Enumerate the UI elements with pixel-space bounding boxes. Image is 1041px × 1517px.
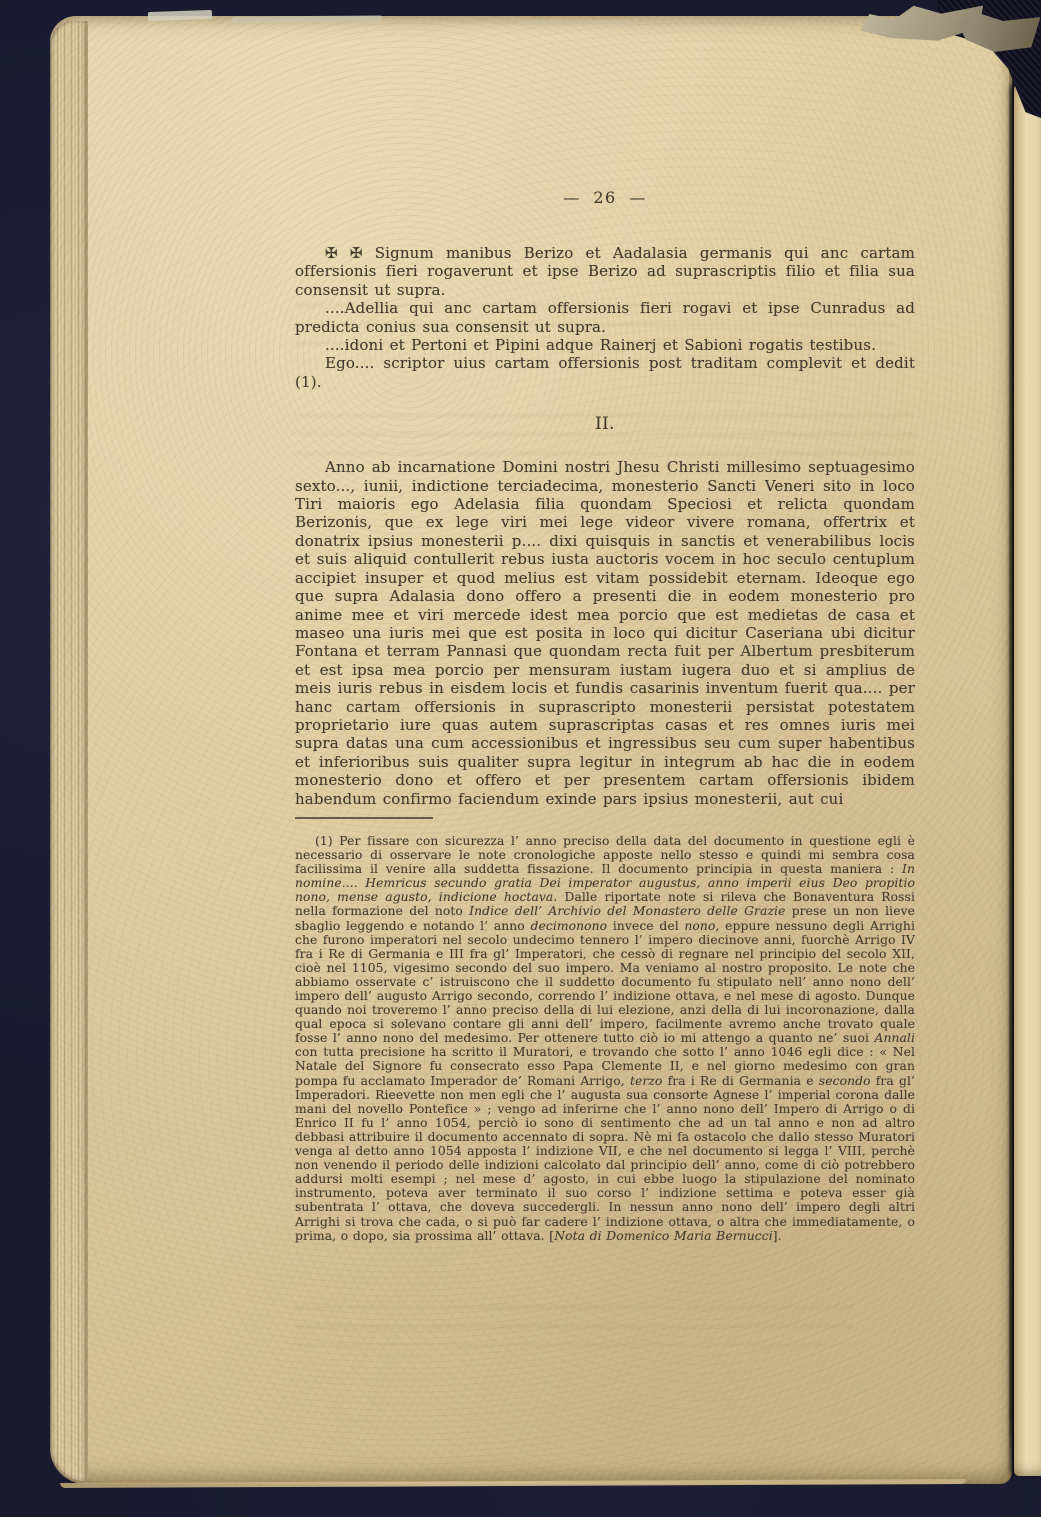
footnote-italic-segment: Nota di Domenico Maria Bernucci (554, 1229, 773, 1243)
footnote-segment: , eppure nessuno degli Arrighi che furon… (295, 919, 915, 1046)
intro-paragraphs: ✠ ✠ Signum manibus Berizo et Aadalasia g… (295, 244, 915, 391)
text-block: — 26 — ✠ ✠ Signum manibus Berizo et Aada… (295, 16, 915, 1243)
footnote: (1) Per fissare con sicurezza l’ anno pr… (295, 834, 915, 1243)
body-paragraph: Anno ab incarnatione Domini nostri Jhesu… (295, 458, 915, 808)
section-heading: II. (295, 414, 915, 433)
fore-edge-page-stack (50, 21, 88, 1481)
footnote-segment: invece del (607, 919, 684, 933)
paragraph: ....idoni et Pertoni et Pipini adque Rai… (295, 336, 915, 354)
paragraph: Ego.... scriptor uius cartam offersionis… (295, 354, 915, 391)
footnote-segment: fra gl’ Imperadori. Rieevette non men eg… (295, 1074, 915, 1243)
page-number: — 26 — (295, 188, 915, 207)
scanned-book-photo: — 26 — ✠ ✠ Signum manibus Berizo et Aada… (0, 0, 1041, 1517)
footnote-italic-segment: decimonono (530, 919, 607, 933)
footnote-italic-segment: terzo (630, 1074, 662, 1088)
footnote-separator-rule (295, 817, 433, 819)
footnote-italic-segment: nono (684, 919, 715, 933)
footnote-segment: ]. (773, 1229, 782, 1243)
ink-bleed-smudge (295, 1306, 855, 1346)
adjacent-page-sliver (1014, 84, 1041, 1476)
footnote-segment: fra i Re di Germania e (662, 1074, 818, 1088)
footnote-italic-segment: Indice dell’ Archivio del Monastero dell… (469, 904, 785, 918)
footnote-italic-segment: Annali (874, 1031, 915, 1045)
footnote-italic-segment: secondo (819, 1074, 871, 1088)
paragraph: ✠ ✠ Signum manibus Berizo et Aadalasia g… (295, 244, 915, 299)
paragraph: ....Adellia qui anc cartam offersionis f… (295, 299, 915, 336)
footnote-segment: (1) Per fissare con sicurezza l’ anno pr… (295, 834, 915, 876)
book-page: — 26 — ✠ ✠ Signum manibus Berizo et Aada… (50, 16, 1012, 1484)
